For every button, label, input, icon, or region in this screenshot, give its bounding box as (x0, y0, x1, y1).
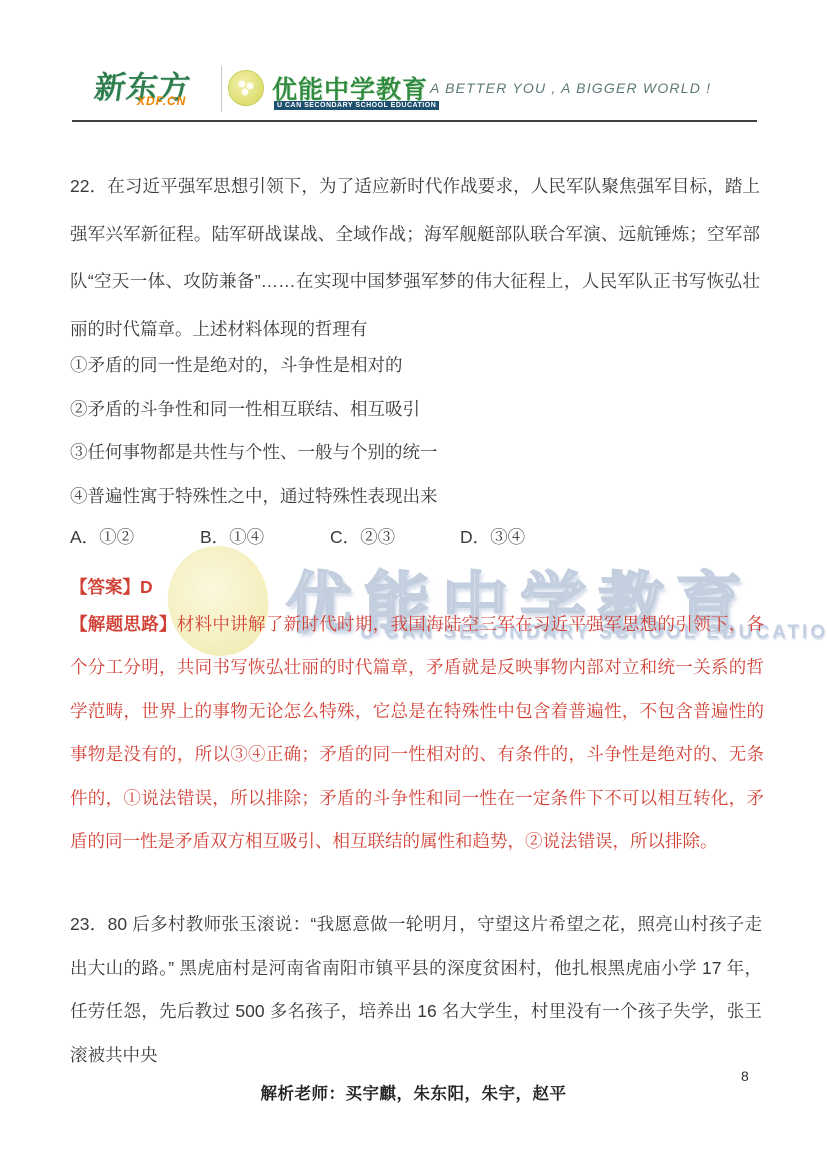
option-line-4: ④普遍性寓于特殊性之中，通过特殊性表现出来 (70, 475, 760, 519)
choice-a: A．①② (70, 522, 200, 552)
answer-line: 【答案】D (70, 574, 153, 599)
choice-c: C．②③ (330, 522, 460, 552)
question-23-stem: 23．80 后多村教师张玉滚说：“我愿意做一轮明月，守望这片希望之花，照亮山村孩… (70, 903, 762, 1077)
answer-label: 【答案】 (70, 577, 140, 597)
option-line-3: ③任何事物都是共性与个性、一般与个别的统一 (70, 431, 760, 475)
analysis-text: 【解题思路】材料中讲解了新时代时期，我国海陆空三军在习近平强军思想的引领下，各个… (70, 603, 764, 863)
header-divider (221, 66, 222, 112)
option-line-1: ①矛盾的同一性是绝对的，斗争性是相对的 (70, 344, 760, 388)
header-tagline: A BETTER YOU , A BIGGER WORLD ! (430, 80, 711, 96)
xdf-logo-domain: XDF.CN (137, 94, 186, 108)
choice-b: B．①④ (200, 522, 330, 552)
choice-row: A．①② B．①④ C．②③ D．③④ (70, 522, 760, 552)
choice-d: D．③④ (460, 522, 590, 552)
document-page: 优能中学教育 U CAN SECONDARY SCHOOL EDUCATION … (0, 0, 827, 1169)
header-rule (72, 120, 757, 122)
option-line-2: ②矛盾的斗争性和同一性相互联结、相互吸引 (70, 388, 760, 432)
page-number: 8 (741, 1068, 749, 1084)
youneng-logo-caption: U CAN SECONDARY SCHOOL EDUCATION (274, 101, 439, 110)
answer-value: D (140, 577, 153, 597)
question-22-options: ①矛盾的同一性是绝对的，斗争性是相对的 ②矛盾的斗争性和同一性相互联结、相互吸引… (70, 344, 760, 518)
footer-teachers: 解析老师：买宇麒，朱东阳，朱宇，赵平 (0, 1080, 827, 1104)
question-22-stem: 22．在习近平强军思想引领下，为了适应新时代作战要求，人民军队聚焦强军目标，踏上… (70, 163, 760, 353)
youneng-brain-icon (228, 70, 264, 106)
xdf-logo: 新东方 XDF.CN (95, 62, 210, 114)
analysis-body: 材料中讲解了新时代时期，我国海陆空三军在习近平强军思想的引领下，各个分工分明，共… (70, 614, 764, 851)
analysis-label: 【解题思路】 (70, 614, 177, 634)
